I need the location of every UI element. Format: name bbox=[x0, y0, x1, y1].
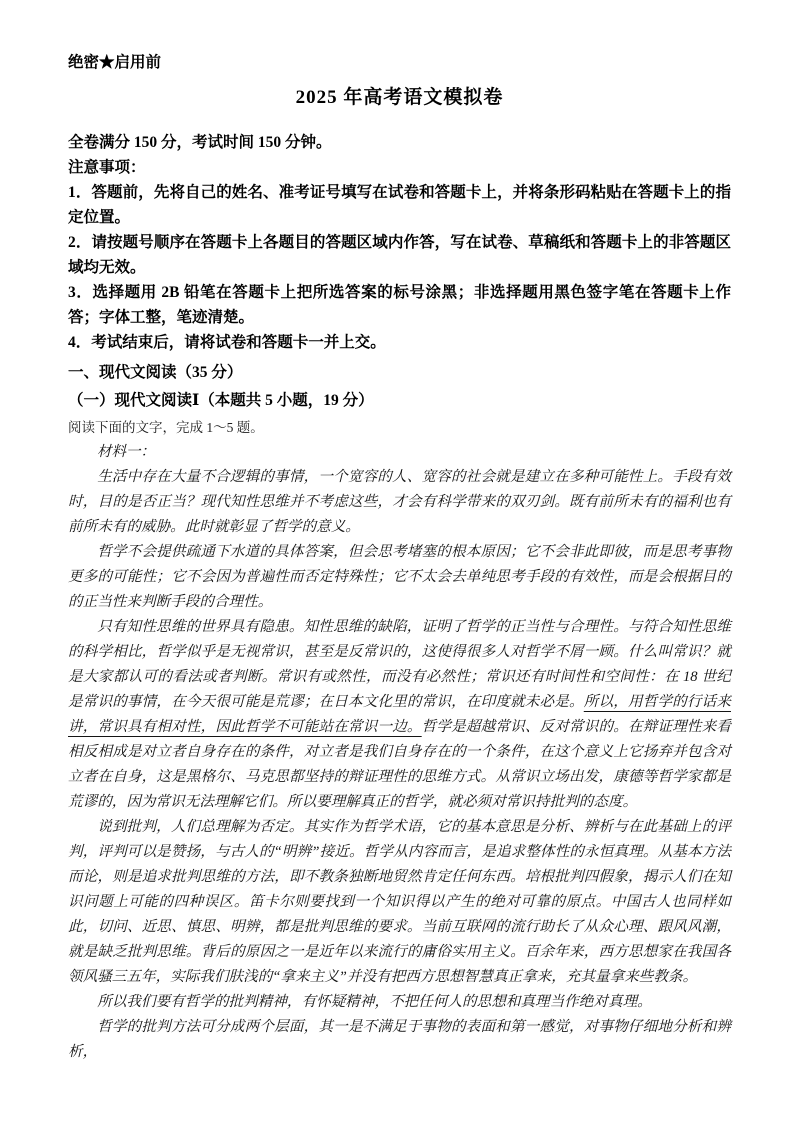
notice-item-1: 1．答题前，先将自己的姓名、准考证号填写在试卷和答题卡上，并将条形码粘贴在答题卡… bbox=[68, 180, 731, 230]
article-paragraphs: 生活中存在大量不合逻辑的事情，一个宽容的人、宽容的社会就是建立在多种可能性上。手… bbox=[68, 465, 731, 1065]
exam-paper-page: 绝密★启用前 2025 年高考语文模拟卷 全卷满分 150 分，考试时间 150… bbox=[0, 0, 793, 1122]
paragraph-text: 哲学的批判方法可分成两个层面，其一是不满足于事物的表面和第一感觉，对事物仔细地分… bbox=[68, 1019, 731, 1060]
notice-item-2: 2．请按题号顺序在答题卡上各题目的答题区域内作答，写在试卷、草稿纸和答题卡上的非… bbox=[68, 230, 731, 280]
security-classification: 绝密★启用前 bbox=[68, 50, 731, 75]
exam-info: 全卷满分 150 分，考试时间 150 分钟。 bbox=[68, 130, 731, 155]
paragraph-text: 所以我们要有哲学的批判精神，有怀疑精神，不把任何人的思想和真理当作绝对真理。 bbox=[97, 994, 652, 1010]
notice-heading: 注意事项： bbox=[68, 155, 731, 180]
article-paragraph: 哲学的批判方法可分成两个层面，其一是不满足于事物的表面和第一感觉，对事物仔细地分… bbox=[68, 1015, 731, 1065]
article-paragraph: 生活中存在大量不合逻辑的事情，一个宽容的人、宽容的社会就是建立在多种可能性上。手… bbox=[68, 465, 731, 540]
article-paragraph: 哲学不会提供疏通下水道的具体答案，但会思考堵塞的根本原因；它不会非此即彼，而是思… bbox=[68, 540, 731, 615]
paragraph-text: 说到批判，人们总理解为否定。其实作为哲学术语，它的基本意思是分析、辨析与在此基础… bbox=[68, 819, 731, 985]
material-label: 材料一： bbox=[68, 440, 731, 465]
paragraph-text: 生活中存在大量不合逻辑的事情，一个宽容的人、宽容的社会就是建立在多种可能性上。手… bbox=[68, 469, 731, 535]
subsection-heading-reading-one: （一）现代文阅读Ⅰ（本题共 5 小题，19 分） bbox=[68, 388, 731, 413]
paragraph-text: 哲学不会提供疏通下水道的具体答案，但会思考堵塞的根本原因；它不会非此即彼，而是思… bbox=[68, 544, 731, 610]
notice-item-3: 3．选择题用 2B 铅笔在答题卡上把所选答案的标号涂黑；非选择题用黑色签字笔在答… bbox=[68, 280, 731, 330]
article-paragraph: 只有知性思维的世界具有隐患。知性思维的缺陷，证明了哲学的正当性与合理性。与符合知… bbox=[68, 615, 731, 815]
page-title: 2025 年高考语文模拟卷 bbox=[68, 83, 731, 113]
reading-instruction: 阅读下面的文字，完成 1～5 题。 bbox=[68, 415, 731, 440]
article-paragraph: 说到批判，人们总理解为否定。其实作为哲学术语，它的基本意思是分析、辨析与在此基础… bbox=[68, 815, 731, 990]
article-paragraph: 所以我们要有哲学的批判精神，有怀疑精神，不把任何人的思想和真理当作绝对真理。 bbox=[68, 990, 731, 1015]
section-heading-modern-reading: 一、现代文阅读（35 分） bbox=[68, 360, 731, 385]
notice-item-4: 4．考试结束后，请将试卷和答题卡一并上交。 bbox=[68, 330, 731, 355]
